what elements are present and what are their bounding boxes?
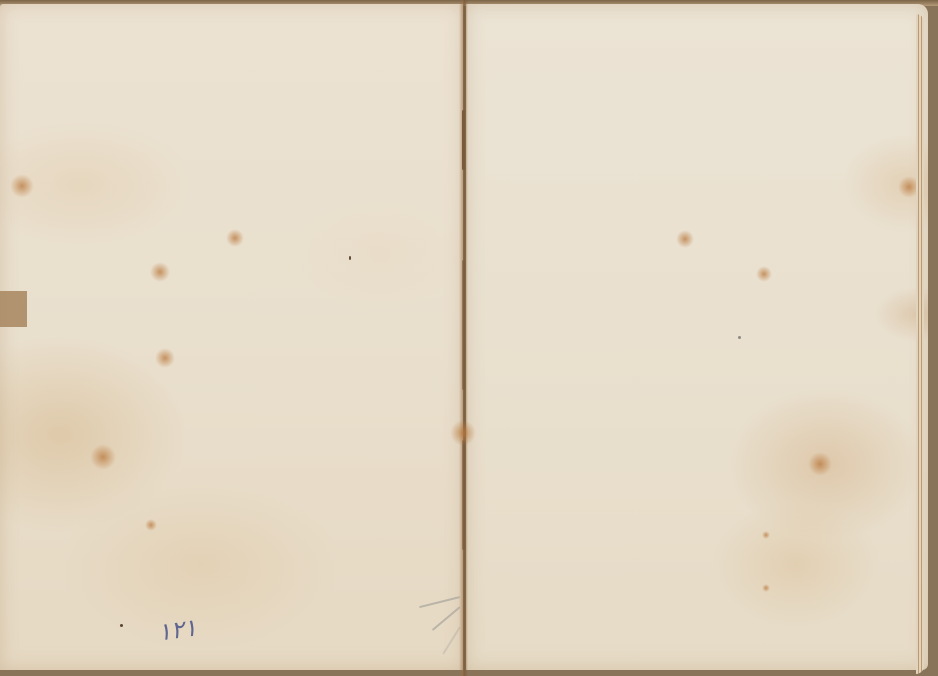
ink-speck [349,256,351,260]
edge-stain-tab [0,291,27,327]
binding-stitch [462,260,465,390]
foxing-spot [90,444,116,470]
foxing-spot [676,230,694,248]
foxing-spot [226,229,244,247]
ink-speck [738,336,741,339]
binding-stitch [462,110,465,170]
foxing-spot [762,531,770,539]
foxing-spot [808,452,832,476]
foxing-spot [150,262,170,282]
foxing-spot [756,266,772,282]
open-book: ١٢١ [0,0,938,676]
left-page: ١٢١ [0,4,463,670]
page-block-edges [916,14,924,674]
page-number-annotation: ١٢١ [156,613,198,646]
foxing-spot [145,519,157,531]
foxing-spot [762,584,770,592]
foxing-spot [155,348,175,368]
foxing-spot [10,174,34,198]
binding-stitch [462,440,465,550]
ink-speck [120,624,123,627]
right-page [466,4,928,670]
gutter-stain [450,420,476,446]
